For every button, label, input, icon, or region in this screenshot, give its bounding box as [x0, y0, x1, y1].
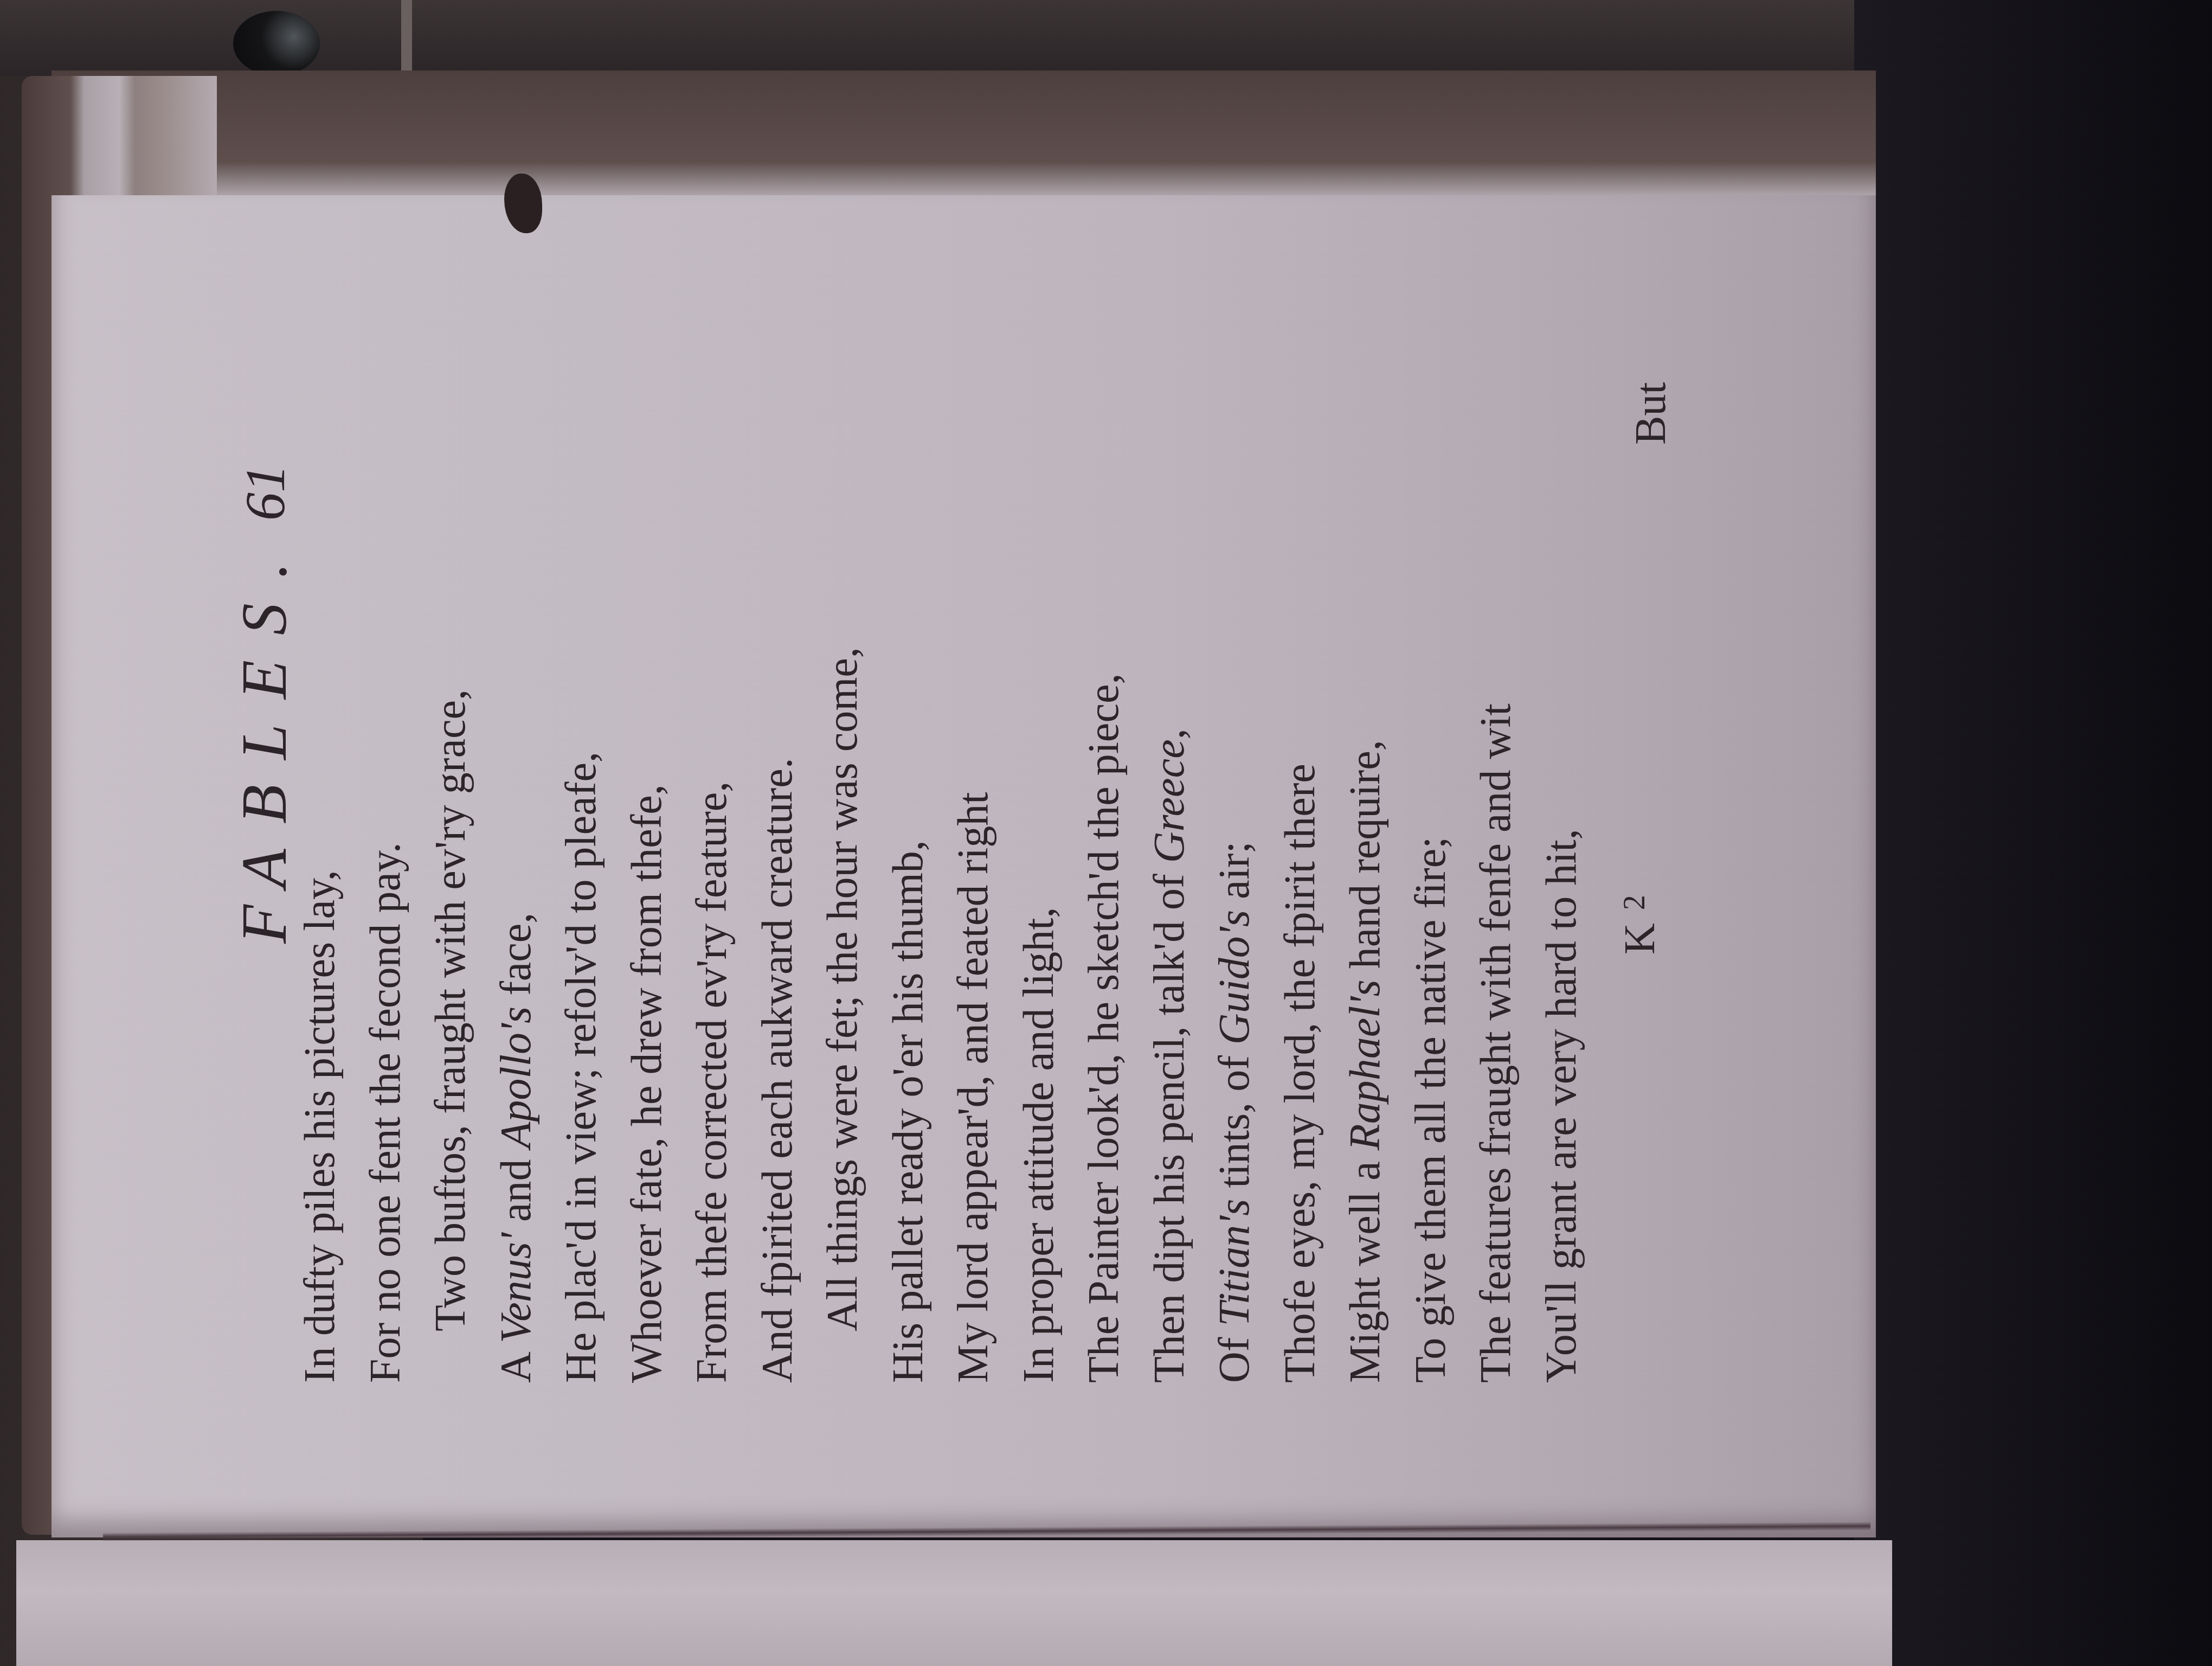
italic-name: Raphael's	[1341, 979, 1389, 1150]
verse-line: Two buftos, fraught with ev'ry grace,	[418, 163, 484, 1383]
italic-name: Titian's	[1211, 1199, 1258, 1327]
background-dark-surface	[1854, 0, 2212, 1666]
verse-line: Whoever fate, he drew from thefe,	[614, 163, 680, 1383]
italic-name: Greece	[1146, 739, 1193, 863]
verse-line: And fpirited each aukward creature.	[745, 163, 811, 1383]
verse-lines: In dufty piles his pictures lay, For no …	[287, 163, 1594, 1383]
page-text-block: FABLES. 61 In dufty piles his pictures l…	[206, 174, 1724, 1421]
signature-letter: K	[1616, 923, 1664, 954]
text: ,	[1146, 728, 1193, 739]
verse-line: Thofe eyes, my lord, the fpirit there	[1268, 163, 1333, 1383]
verse-line: From thefe corrected ev'ry feature,	[679, 163, 745, 1383]
verse-line: My lord appear'd, and feated right	[941, 163, 1006, 1383]
verse-line: For no one fent the fecond pay.	[353, 163, 419, 1383]
verse-line: All things were fet; the hour was come,	[810, 163, 876, 1383]
signature-number: 2	[1618, 895, 1651, 910]
text: and	[492, 1148, 540, 1233]
italic-name: Apollo's	[492, 1007, 540, 1149]
facing-page	[16, 1540, 1892, 1666]
text: Of	[1211, 1327, 1258, 1383]
door-frame-edge	[401, 0, 412, 76]
verse-line: In dufty piles his pictures lay,	[287, 163, 353, 1383]
text: air;	[1211, 841, 1258, 910]
verse-line: The Painter look'd, he sketch'd the piec…	[1071, 163, 1137, 1383]
signature-mark: K2	[1616, 895, 1665, 954]
verse-line: In proper attitude and light,	[1006, 163, 1072, 1383]
text: hand require,	[1341, 740, 1389, 979]
text: tints, of	[1211, 1045, 1258, 1199]
verse-line: To give them all the native fire;	[1398, 163, 1464, 1383]
verse-line: His pallet ready o'er his thumb,	[876, 163, 941, 1383]
verse-line: The features fraught with fenfe and wit	[1463, 163, 1529, 1383]
verse-line: Of Titian's tints, of Guido's air;	[1202, 163, 1268, 1383]
verse-line: He plac'd in view; refolv'd to pleafe,	[549, 163, 614, 1383]
text: Then dipt his pencil, talk'd of	[1146, 863, 1193, 1383]
verse-line: A Venus' and Apollo's face,	[484, 163, 549, 1383]
text: A	[492, 1343, 540, 1383]
verse-line: Might well a Raphael's hand require,	[1333, 163, 1398, 1383]
running-head: FABLES. 61	[228, 174, 293, 1421]
verse-line: You'll grant are very hard to hit,	[1529, 163, 1594, 1383]
text: face,	[492, 913, 540, 1007]
italic-name: Guido's	[1211, 910, 1258, 1045]
italic-name: Venus'	[492, 1233, 540, 1343]
text: Might well a	[1341, 1150, 1389, 1383]
catchword: But	[1626, 382, 1676, 445]
door-knob	[233, 11, 320, 76]
verse-line: Then dipt his pencil, talk'd of Greece,	[1137, 163, 1203, 1383]
